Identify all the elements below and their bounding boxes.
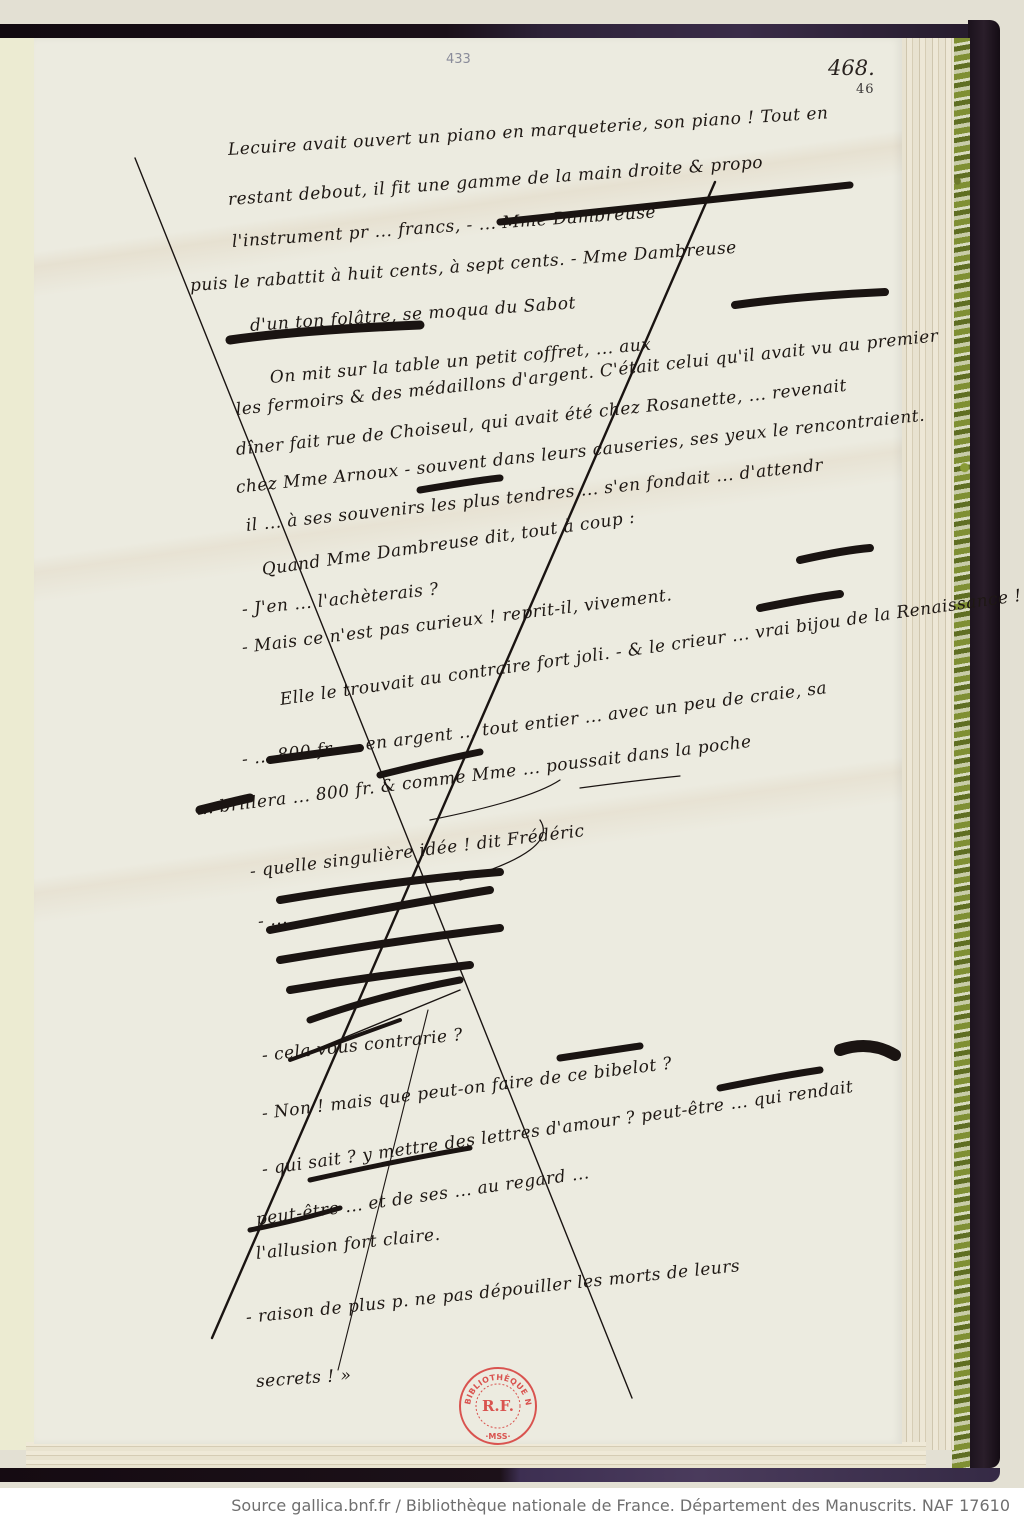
handwritten-line: - ... xyxy=(257,908,289,931)
source-caption-bar: Source gallica.bnf.fr / Bibliothèque nat… xyxy=(0,1488,1024,1531)
source-caption: Source gallica.bnf.fr / Bibliothèque nat… xyxy=(231,1496,1010,1515)
binding-cover-bottom xyxy=(0,1468,1000,1482)
library-stamp: BIBLIOTHÈQUE NATIONALE R.F. ·MSS· xyxy=(456,1364,540,1448)
folio-pencil-number: 433 xyxy=(446,52,471,67)
svg-text:R.F.: R.F. xyxy=(482,1397,514,1415)
svg-text:·MSS·: ·MSS· xyxy=(485,1432,510,1441)
folio-ink-number: 468. xyxy=(828,56,875,80)
bnf-stamp-icon: BIBLIOTHÈQUE NATIONALE R.F. ·MSS· xyxy=(456,1364,540,1448)
facing-page-edge xyxy=(0,38,34,1450)
binding-cover-right xyxy=(968,20,1000,1468)
marbled-endpaper xyxy=(952,38,970,1470)
page-edges-right xyxy=(900,38,954,1450)
folio-stamped-number: 46 xyxy=(856,82,875,97)
manuscript-scan: 433 468. 46 Lecuire avait ouvert un pian… xyxy=(0,0,1024,1488)
binding-cover-top xyxy=(0,24,990,38)
